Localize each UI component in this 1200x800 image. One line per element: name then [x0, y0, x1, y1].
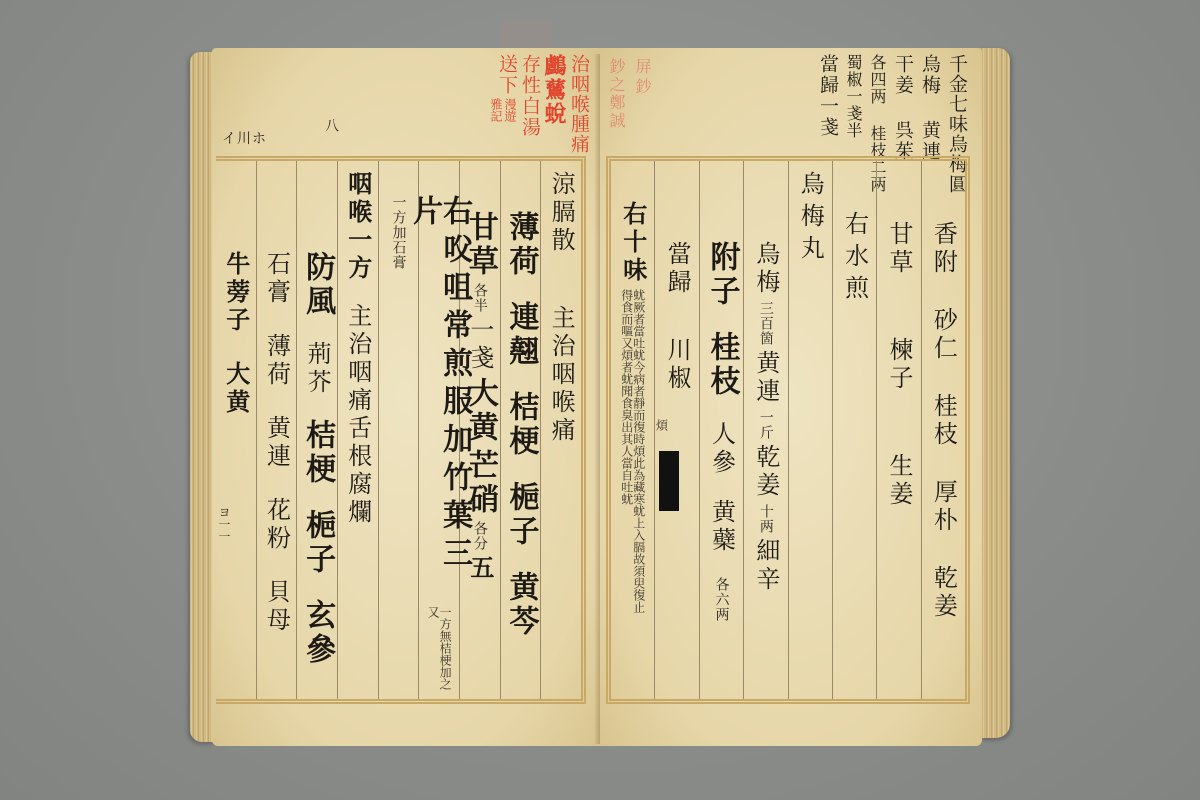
faded-red-annotation-2: 鈔之鄭誠 [608, 58, 624, 130]
faded-red-seal: 屏鈔 鈔之鄭誠 [608, 58, 650, 130]
herb: 桔梗 [505, 391, 535, 459]
red-seal-annotation: 治咽喉腫痛 鸕鶿蛻 存性白湯 送下 漫遊 雅記 [490, 54, 588, 154]
faded-red-annotation-1: 屏鈔 [634, 58, 650, 130]
herb: 薄荷 [505, 211, 535, 279]
herb: 甘草 [887, 221, 911, 277]
herb: 花粉 [264, 497, 288, 553]
herb: 薄荷 [264, 333, 288, 389]
herb: 香附 [931, 221, 955, 277]
column: 右十味 蚘厥者當吐蚘今病者靜而復時煩此為藏寒蚘上入膈故須臾復止得食而嘔又煩者蚘聞… [611, 161, 654, 699]
herb: 厚朴 [931, 479, 955, 535]
column: 牛蒡子 大黄 [216, 161, 256, 699]
herb: 生姜 [887, 453, 911, 509]
right-top-margin: 屏鈔 鈔之鄭誠 千金七味烏梅圓 烏梅 黄連 干姜 呉茱 各四两 桂枝二两 蜀椒一… [600, 48, 982, 156]
indication-text: 主治咽喉痛 [549, 305, 573, 445]
left-page: イ川ホ 八 治咽喉腫痛 鸕鶿蛻 存性白湯 送下 漫遊 雅記 ヨ一一 [212, 48, 600, 746]
open-book: イ川ホ 八 治咽喉腫痛 鸕鶿蛻 存性白湯 送下 漫遊 雅記 ヨ一一 [190, 44, 1010, 744]
herb: 防風 [302, 251, 332, 319]
herb: 人參 [709, 421, 733, 477]
herb: 大黄 [224, 361, 248, 417]
right-columns: 香附 砂仁 桂枝 厚朴 乾姜 甘草 楝子 生姜 [611, 161, 965, 699]
red-annotation-col-5: 漫遊 [504, 98, 516, 122]
ink-blot [659, 451, 679, 511]
right-text-frame: 香附 砂仁 桂枝 厚朴 乾姜 甘草 楝子 生姜 [606, 156, 970, 704]
red-annotation-col-6: 雅記 [490, 98, 502, 122]
herb: 牛蒡子 [224, 251, 248, 335]
herb: 附子 [706, 241, 736, 309]
margin-mark: 八 [324, 118, 338, 133]
herb: 黄連 [754, 350, 778, 406]
column: 一方加石膏 [378, 161, 419, 699]
red-annotation-col-2: 鸕鶿蛻 [543, 54, 565, 154]
herb: 黄連 [264, 415, 288, 471]
herb: 乾姜 [754, 444, 778, 500]
column: 甘草 楝子 生姜 [876, 161, 920, 699]
column: 防風 荊芥 桔梗 梔子 玄參 [296, 161, 337, 699]
herb: 貝母 [264, 579, 288, 635]
herb: 楝子 [887, 337, 911, 393]
commentary-note: 蚘厥者當吐蚘今病者靜而復時煩此為藏寒蚘上入膈故須臾復止得食而嘔又煩者蚘聞食臭出其… [621, 289, 645, 619]
column: 涼膈散 主治咽喉痛 [540, 161, 581, 699]
column: 薄荷 連翹 桔梗 梔子 黄芩 [500, 161, 541, 699]
left-columns: 涼膈散 主治咽喉痛 薄荷 連翹 桔梗 梔子 黄芩 [216, 161, 581, 699]
herb: 黄蘗 [709, 499, 733, 555]
column: 石膏 薄荷 黄連 花粉 貝母 [256, 161, 297, 699]
herb: 乾姜 [931, 565, 955, 621]
left-text-frame: 涼膈散 主治咽喉痛 薄荷 連翹 桔梗 梔子 黄芩 [216, 156, 586, 704]
column: 烏梅 三百箇 黄連 一斤 乾姜 十两 細辛 [743, 161, 787, 699]
column: 當歸 川椒 煩 [654, 161, 698, 699]
red-annotation-col-4: 送下 [490, 54, 516, 96]
herb: 荊芥 [305, 341, 329, 397]
marginal-note: 煩 [655, 419, 667, 431]
right-page: 屏鈔 鈔之鄭誠 千金七味烏梅圓 烏梅 黄連 干姜 呉茱 各四两 桂枝二两 蜀椒一… [600, 48, 982, 746]
prescription-title: 咽喉一方 [346, 171, 370, 283]
prescription-title: 涼膈散 [549, 171, 573, 255]
instruction-text: 右十味 [621, 201, 645, 285]
prescription-title: 烏梅丸 [798, 171, 822, 267]
red-annotation-col-1: 治咽喉腫痛 [569, 54, 588, 154]
herb: 黄芩 [505, 571, 535, 639]
herb: 梔子 [302, 509, 332, 577]
left-top-margin: イ川ホ 八 治咽喉腫痛 鸕鶿蛻 存性白湯 送下 漫遊 雅記 [212, 48, 600, 156]
dosage-note: 各六两 [714, 577, 728, 622]
herb: 桂枝 [931, 393, 955, 449]
herb: 桂枝 [706, 331, 736, 399]
column: 右水煎 [832, 161, 876, 699]
variant-note: 一方加石膏 [391, 195, 405, 270]
herb: 梔子 [505, 481, 535, 549]
column: 咽喉一方 主治咽痛舌根腐爛 [337, 161, 378, 699]
herb: 石膏 [264, 251, 288, 307]
herb: 連翹 [505, 301, 535, 369]
dosage-note: 十两 [759, 504, 773, 534]
column: 香附 砂仁 桂枝 厚朴 乾姜 [921, 161, 965, 699]
dosage-note: 各半 [473, 283, 487, 313]
column: 右㕮咀常煎服加竹葉三片 一方無桔梗加之又 [418, 161, 459, 699]
margin-note: イ川ホ [222, 132, 267, 146]
dosage-note: 各分 [473, 521, 487, 551]
herb: 烏梅 [754, 241, 778, 297]
dosage-note: 三百箇 [759, 301, 773, 346]
column: 烏梅丸 [788, 161, 832, 699]
indication-text: 主治咽痛舌根腐爛 [346, 303, 370, 527]
herb: 當歸 [665, 241, 689, 297]
herb: 細辛 [754, 538, 778, 594]
herb: 川椒 [665, 337, 689, 393]
dosage-note: 一斤 [759, 410, 773, 440]
column: 附子 桂枝 人參 黄蘗 各六两 [699, 161, 743, 699]
herb: 玄參 [302, 599, 332, 667]
instruction-text: 右水煎 [843, 211, 867, 307]
red-annotation-col-3: 存性白湯 [520, 54, 539, 154]
herb: 砂仁 [931, 307, 955, 363]
page-edges-right [980, 48, 1010, 738]
herb: 桔梗 [302, 419, 332, 487]
instruction-note: 一方無桔梗加之又 [427, 606, 451, 699]
